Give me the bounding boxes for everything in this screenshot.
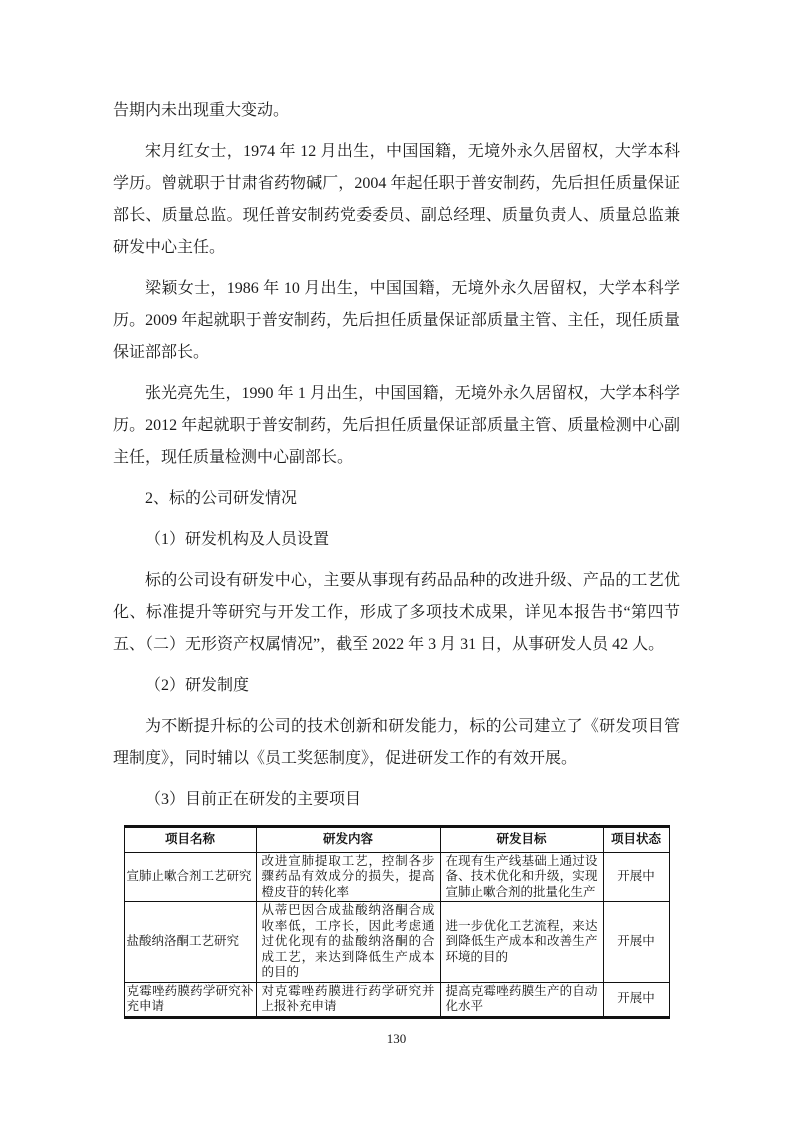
cell-rd-goal: 在现有生产线基础上通过设备、技术优化和升级，实现宣肺止嗽合剂的批量化生产: [440, 852, 603, 902]
page-number: 130: [0, 1031, 793, 1047]
cell-project-status: 开展中: [603, 982, 669, 1017]
document-body: 告期内未出现重大变动。 宋月红女士，1974 年 12 月出生，中国国籍，无境外…: [113, 95, 680, 1019]
cell-project-name: 克霉唑药膜药学研究补充申请: [124, 982, 256, 1017]
heading-target-company-rd: 2、标的公司研发情况: [113, 483, 680, 515]
document-page: 告期内未出现重大变动。 宋月红女士，1974 年 12 月出生，中国国籍，无境外…: [0, 0, 793, 1122]
paragraph-rd-organization: 标的公司设有研发中心，主要从事现有药品品种的改进升级、产品的工艺优化、标准提升等…: [113, 565, 680, 661]
heading-rd-system: （2）研发制度: [113, 670, 680, 702]
cell-rd-content: 对克霉唑药膜进行药学研究并上报补充申请: [256, 982, 440, 1017]
table-header-rd-content: 研发内容: [256, 827, 440, 853]
table-header-row: 项目名称 研发内容 研发目标 项目状态: [124, 827, 669, 853]
heading-rd-projects: （3）目前正在研发的主要项目: [113, 784, 680, 816]
paragraph-report-period-continuation: 告期内未出现重大变动。: [113, 95, 680, 127]
table-row: 盐酸纳洛酮工艺研究 从蒂巴因合成盐酸纳洛酮合成收率低，工序长，因此考虑通过优化现…: [124, 902, 669, 983]
paragraph-bio-song-yuehong: 宋月红女士，1974 年 12 月出生，中国国籍，无境外永久居留权，大学本科学历…: [113, 136, 680, 264]
paragraph-bio-liang-ying: 梁颖女士，1986 年 10 月出生，中国国籍，无境外永久居留权，大学本科学历。…: [113, 273, 680, 369]
cell-project-status: 开展中: [603, 852, 669, 902]
cell-rd-content: 改进宣肺提取工艺，控制各步骤药品有效成分的损失，提高橙皮苷的转化率: [256, 852, 440, 902]
table-row: 宣肺止嗽合剂工艺研究 改进宣肺提取工艺，控制各步骤药品有效成分的损失，提高橙皮苷…: [124, 852, 669, 902]
table-header-project-status: 项目状态: [603, 827, 669, 853]
rd-projects-table: 项目名称 研发内容 研发目标 项目状态 宣肺止嗽合剂工艺研究 改进宣肺提取工艺，…: [124, 825, 670, 1019]
cell-project-status: 开展中: [603, 902, 669, 983]
paragraph-rd-system: 为不断提升标的公司的技术创新和研发能力，标的公司建立了《研发项目管理制度》，同时…: [113, 711, 680, 775]
table-row: 克霉唑药膜药学研究补充申请 对克霉唑药膜进行药学研究并上报补充申请 提高克霉唑药…: [124, 982, 669, 1017]
paragraph-bio-zhang-guangliang: 张光亮先生，1990 年 1 月出生，中国国籍，无境外永久居留权，大学本科学历。…: [113, 378, 680, 474]
cell-project-name: 盐酸纳洛酮工艺研究: [124, 902, 256, 983]
cell-rd-content: 从蒂巴因合成盐酸纳洛酮合成收率低，工序长，因此考虑通过优化现有的盐酸纳洛酮的合成…: [256, 902, 440, 983]
cell-project-name: 宣肺止嗽合剂工艺研究: [124, 852, 256, 902]
heading-rd-organization: （1）研发机构及人员设置: [113, 524, 680, 556]
cell-rd-goal: 提高克霉唑药膜生产的自动化水平: [440, 982, 603, 1017]
table-header-project-name: 项目名称: [124, 827, 256, 853]
table-header-rd-goal: 研发目标: [440, 827, 603, 853]
cell-rd-goal: 进一步优化工艺流程，来达到降低生产成本和改善生产环境的目的: [440, 902, 603, 983]
